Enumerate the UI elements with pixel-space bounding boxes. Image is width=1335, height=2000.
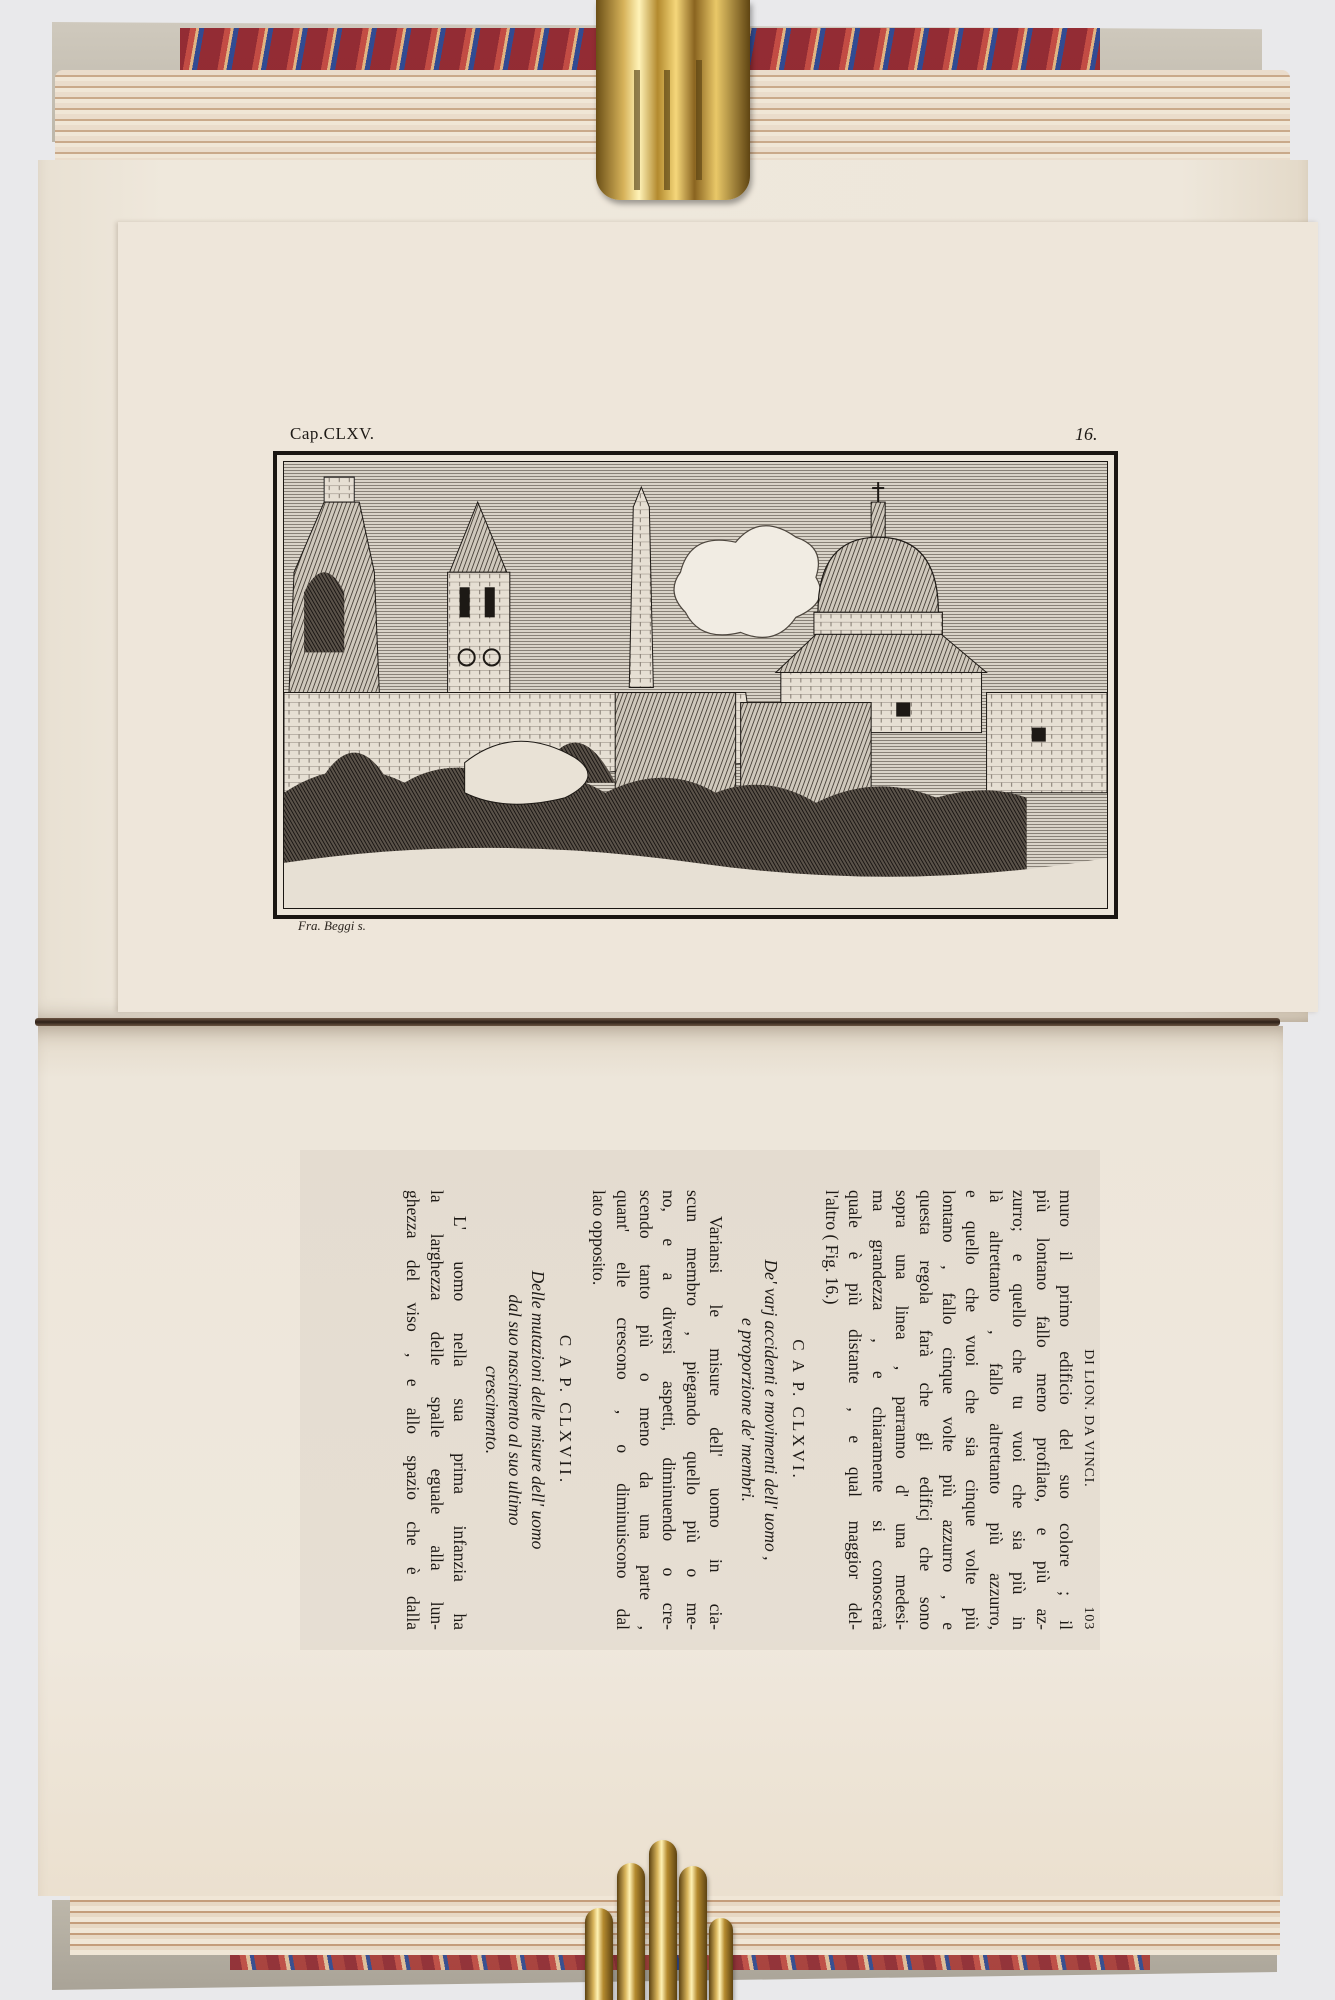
text-line: ma grandezza , e chiaramente si conoscer…: [866, 1190, 889, 1630]
chapter-title-166: De' varj accidenti e movimenti dell' uom…: [735, 1190, 782, 1630]
plate-chapter-caption: Cap.CLXV.: [290, 424, 374, 444]
running-head-row: DI LION. DA VINCI. 103: [1077, 1190, 1100, 1630]
text-line: quant' elle crescono , o diminuiscono da…: [610, 1190, 633, 1630]
brass-finger: [649, 1840, 677, 2000]
chapter-title-line: Delle mutazioni delle misure dell' uomo: [526, 1190, 549, 1630]
chapter-title-line: crescimento.: [479, 1190, 502, 1630]
page-number: 103: [1077, 1607, 1100, 1630]
text-line: lontano , fallo cinque volte più azzurro…: [937, 1190, 960, 1630]
text-line: più lontano fallo meno profilato, e più …: [1030, 1190, 1053, 1630]
text-line-last: lato opposito.: [587, 1190, 610, 1630]
chapter-title-line: De' varj accidenti e movimenti dell' uom…: [759, 1190, 782, 1630]
text-line: ghezza del viso , e allo spazio che è da…: [401, 1190, 424, 1630]
text-line: questa regola farà che gli edificj che s…: [913, 1190, 936, 1630]
text-line: la larghezza delle spalle eguale alla lu…: [424, 1190, 447, 1630]
chapter-166-body: Variansi le misure dell' uomo in cia- sc…: [587, 1190, 727, 1630]
engraver-signature: Fra. Beggi s.: [298, 918, 366, 934]
text-line: L' uomo nella sua prima infanzia ha: [448, 1190, 471, 1630]
chapter-heading-167: C A P. CLXVII.: [553, 1190, 576, 1630]
chapter-title-167: Delle mutazioni delle misure dell' uomo …: [479, 1190, 549, 1630]
chapter-167-body: L' uomo nella sua prima infanzia ha la l…: [401, 1190, 471, 1630]
brass-finger: [617, 1863, 645, 2000]
running-head-spacer: [1077, 1190, 1100, 1230]
chapter-title-line: dal suo nascimento al suo ultimo: [503, 1190, 526, 1630]
text-line: no, e a diversi aspetti, diminuendo o cr…: [657, 1190, 680, 1630]
text-line: scun membro , piegando quello più o me-: [681, 1190, 704, 1630]
text-line: e quello che vuoi che sia cinque volte p…: [960, 1190, 983, 1630]
chapter-title-line: e proporzione de' membri.: [735, 1190, 758, 1630]
text-line: scendo tanto più o meno da una parte ,: [634, 1190, 657, 1630]
running-head: DI LION. DA VINCI.: [1077, 1230, 1100, 1607]
text-line: zurro; e quello che tu vuoi che sia più …: [1007, 1190, 1030, 1630]
brass-finger: [709, 1918, 733, 2000]
chapter-heading-166: C A P. CLXVI.: [786, 1190, 809, 1630]
ruins-landscape-engraving: [284, 462, 1107, 908]
engraving-plate-frame: [273, 451, 1118, 919]
text-line: quale è più distante , e qual maggior de…: [843, 1190, 866, 1630]
brass-hand-page-holder-top: [596, 0, 750, 200]
printed-text-block: DI LION. DA VINCI. 103 muro il primo edi…: [340, 1190, 1100, 1630]
text-line: muro il primo edificio del suo colore ; …: [1054, 1190, 1077, 1630]
brass-finger: [679, 1866, 707, 2000]
text-line: Variansi le misure dell' uomo in cia-: [704, 1190, 727, 1630]
text-line-last: l'altro ( Fig. 16.): [820, 1190, 843, 1630]
brass-hand-page-holder-bottom: [575, 1838, 745, 2000]
paragraph-continuation: muro il primo edificio del suo colore ; …: [820, 1190, 1077, 1630]
book-gutter-fold: [35, 1018, 1280, 1026]
engraving-image: [283, 461, 1108, 909]
brass-finger: [585, 1908, 613, 2000]
text-line: sopra una linea , parranno d' una medesi…: [890, 1190, 913, 1630]
plate-figure-number: 16.: [1075, 424, 1098, 445]
text-line: là altrettanto , fallo altrettanto più a…: [983, 1190, 1006, 1630]
